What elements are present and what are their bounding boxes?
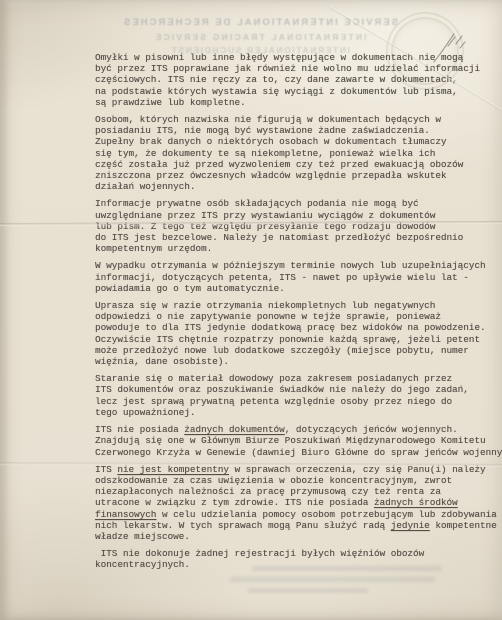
underlined-phrase: żadnych dokumentów xyxy=(184,424,284,435)
text-segment: Staranie się o materiał dowodowy poza za… xyxy=(95,373,469,418)
text-segment: W wypadku otrzymania w późniejszym termi… xyxy=(95,260,486,293)
showthrough-faint-line xyxy=(248,588,368,593)
showthrough-line: INTERNATIONAL TRACING SERVICE xyxy=(110,30,410,44)
scanned-letter-page: SERVICE INTERNATIONAL DE RECHERCHES INTE… xyxy=(0,0,502,620)
paragraph: Uprasza się w razie otrzymania niekomple… xyxy=(95,300,502,367)
paragraph: Informacje prywatne osób składających po… xyxy=(95,198,502,254)
showthrough-faint-line xyxy=(252,566,442,571)
text-segment: Omyłki w pisowni lub inne błędy występuj… xyxy=(95,52,480,108)
underlined-phrase: jedynie xyxy=(391,520,430,531)
paragraph: Staranie się o materiał dowodowy poza za… xyxy=(95,373,502,418)
text-segment: Osobom, których nazwiska nie figurują w … xyxy=(95,114,463,192)
document-body: Omyłki w pisowni lub inne błędy występuj… xyxy=(95,52,502,577)
text-segment: Informacje prywatne osób składających po… xyxy=(95,198,463,254)
paragraph: Omyłki w pisowni lub inne błędy występuj… xyxy=(95,52,502,108)
showthrough-faint-line xyxy=(230,577,435,582)
paragraph: W wypadku otrzymania w późniejszym termi… xyxy=(95,260,502,294)
paragraph: Osobom, których nazwiska nie figurują w … xyxy=(95,114,502,192)
paragraph: ITS nie jest kompetentny w sprawach orze… xyxy=(95,464,502,542)
paragraph: ITS nie posiada żadnych dokumentów, doty… xyxy=(95,424,502,458)
letterhead-showthrough: SERVICE INTERNATIONAL DE RECHERCHES INTE… xyxy=(110,15,410,57)
text-segment: Uprasza się w razie otrzymania niekomple… xyxy=(95,300,486,367)
text-segment: ITS nie posiada xyxy=(95,424,184,435)
